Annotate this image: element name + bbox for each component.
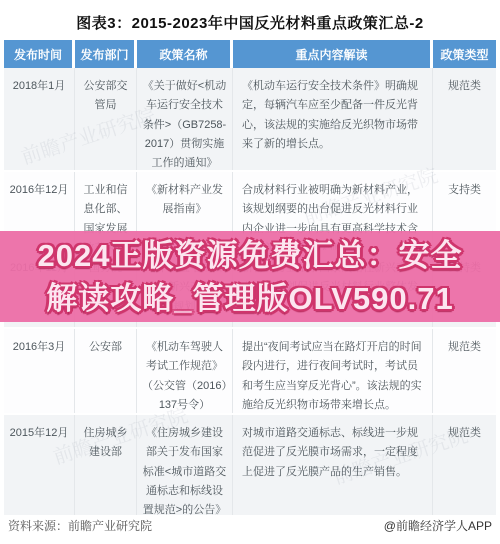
cell-policy-name: 《关于做好<机动车运行安全技术条件>（GB7258-2017）贯彻实施工作的通知…: [137, 68, 233, 170]
ad-banner-overlay[interactable]: 2024正版资源免费汇总：安全 解读攻略_管理版OLV590.71: [0, 231, 500, 322]
figure-footer: 资料来源：前瞻产业研究院 @前瞻经济学人APP: [0, 512, 500, 538]
column-header-key-content: 重点内容解读: [233, 40, 433, 68]
cell-publish-dept: 公安部: [75, 329, 137, 413]
ad-banner-line2: 解读攻略_管理版OLV590.71: [46, 277, 453, 320]
source-label: 资料来源：前瞻产业研究院: [8, 517, 152, 534]
column-header-publish-dept: 发布部门: [75, 40, 137, 68]
cell-publish-dept: 公安部交管局: [75, 68, 137, 170]
column-header-policy-type: 政策类型: [433, 40, 496, 68]
table-row: 2016年3月 公安部 《机动车驾驶人考试工作规范》（公交管（2016）137号…: [4, 329, 496, 415]
cell-key-content: 对城市道路交通标志、标线进一步规范促进了反光膜市场需求，一定程度上促进了反光膜产…: [233, 415, 433, 515]
table-row: 2015年12月 住房城乡建设部 《住房城乡建设部关于发布国家标准<城市道路交通…: [4, 415, 496, 517]
cell-policy-name: 《机动车驾驶人考试工作规范》（公交管（2016）137号令）: [137, 329, 233, 413]
credit-label: @前瞻经济学人APP: [384, 517, 492, 534]
cell-policy-type: 规范类: [433, 329, 496, 413]
column-header-policy-name: 政策名称: [137, 40, 233, 68]
cell-publish-dept: 住房城乡建设部: [75, 415, 137, 515]
cell-publish-time: 2018年1月: [4, 68, 75, 170]
cell-policy-name: 《住房城乡建设部关于发布国家标准<城市道路交通标志和标线设置规范>的公告》: [137, 415, 233, 515]
cell-key-content: 提出“夜间考试应当在路灯开启的时间段内进行，进行夜间考试时，考试员和考生应当穿反…: [233, 329, 433, 413]
column-header-publish-time: 发布时间: [4, 40, 75, 68]
cell-policy-type: 规范类: [433, 415, 496, 515]
table-header-row: 发布时间 发布部门 政策名称 重点内容解读 政策类型: [4, 40, 496, 68]
cell-policy-type: 规范类: [433, 68, 496, 170]
ad-banner-line1: 2024正版资源免费汇总：安全: [38, 234, 463, 277]
table-row: 2018年1月 公安部交管局 《关于做好<机动车运行安全技术条件>（GB7258…: [4, 68, 496, 172]
figure-title: 图表3：2015-2023年中国反光材料重点政策汇总-2: [0, 0, 500, 41]
cell-publish-time: 2016年3月: [4, 329, 75, 413]
cell-publish-time: 2015年12月: [4, 415, 75, 515]
cell-key-content: 《机动车运行安全技术条件》明确规定，每辆汽车应至少配备一件反光背心，该法规的实施…: [233, 68, 433, 170]
